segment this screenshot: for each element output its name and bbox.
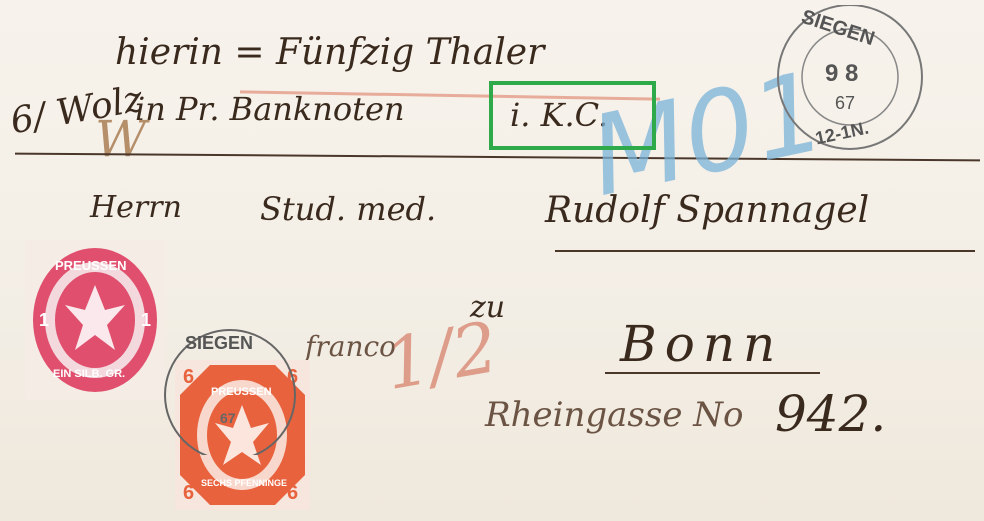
stamp-2-value-bl: 6 [183, 482, 194, 505]
address-salutation: Herrn [90, 190, 182, 225]
city-underline [605, 372, 820, 374]
envelope: hierin = Fünfzig Thaler in Pr. Banknoten… [0, 0, 984, 521]
brown-mark: W [95, 110, 146, 168]
stamp-1-country: PREUSSEN [55, 258, 127, 273]
stamp-2-denomination: SECHS PFENNINGE [201, 478, 287, 488]
address-title: Stud. med. [260, 190, 436, 228]
stamps-postmark-year: 67 [220, 410, 236, 426]
postmark-siegen-top: SIEGEN 9 8 67 12-1N. [770, 5, 930, 155]
postmark-year: 67 [835, 93, 855, 114]
stamp-2-value-br: 6 [287, 482, 298, 505]
postmark-siegen-stamps: SIEGEN 67 [145, 325, 315, 455]
highlight-box [489, 81, 656, 150]
handwriting-line2: in Pr. Banknoten [135, 90, 405, 128]
red-fraction-mark: 1/2 [379, 306, 504, 406]
stamps-postmark-town: SIEGEN [185, 333, 253, 354]
address-street: Rheingasse No [485, 395, 743, 435]
handwriting-line1: hierin = Fünfzig Thaler [115, 32, 544, 73]
address-number: 942. [775, 385, 886, 443]
address-city: Bonn [620, 315, 783, 373]
stamp-1-value-left: 1 [39, 310, 49, 331]
postmark-day: 9 8 [825, 60, 858, 88]
address-name: Rudolf Spannagel [545, 190, 869, 231]
name-underline [555, 250, 975, 252]
stamp-1-silbergroschen: PREUSSEN 1 1 EIN SILB. GR. [25, 240, 165, 400]
stamp-1-denomination: EIN SILB. GR. [53, 368, 125, 380]
